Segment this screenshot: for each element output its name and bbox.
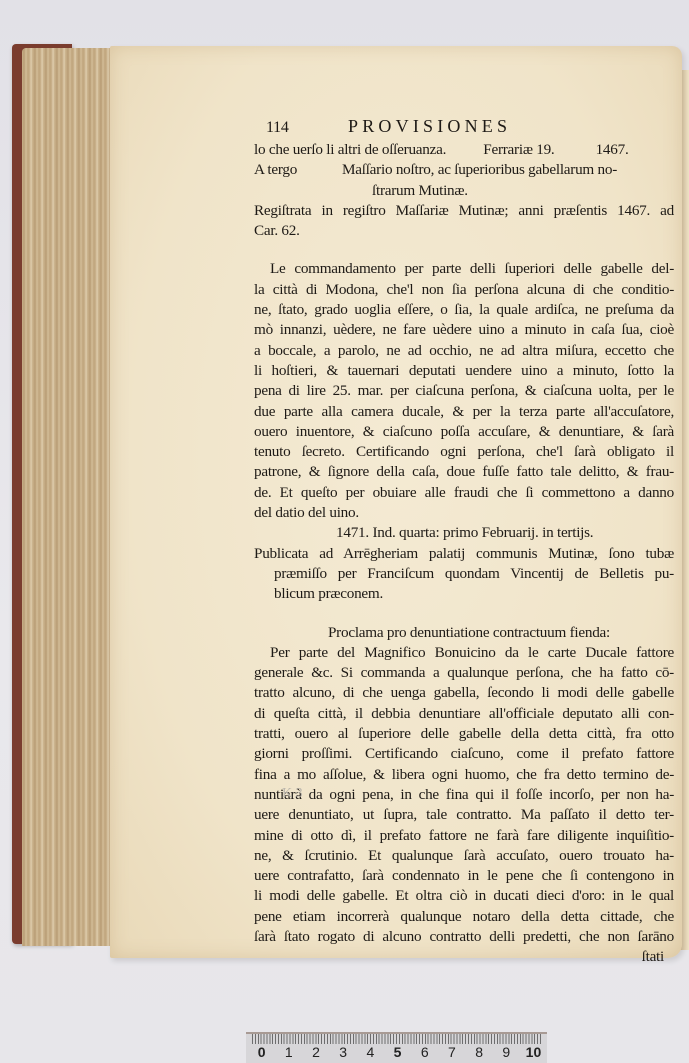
text-line: tenuto ſecreto. Certificando ogni perſon… (254, 442, 674, 462)
text-line: li hoſtieri, & tauernari deputati uender… (254, 361, 674, 381)
a-tergo-line: A tergoMaſſario noſtro, ac ſuperioribus … (254, 160, 674, 180)
spacer (254, 605, 674, 623)
text-line: Publicata ad Arrēgheriam palatij communi… (254, 544, 674, 564)
text-line: patrone, & ſignore della caſa, doue fuſſ… (254, 462, 674, 482)
text-line: uere denuntiato, ut ſupra, tale contratt… (254, 805, 674, 825)
text-line: nuntiarà da ogni pena, in che fina qui i… (254, 785, 674, 805)
ruler-label: 8 (466, 1044, 493, 1060)
text-line: ne, & ſcrutinio. Et qualunque ſarà accuſ… (254, 846, 674, 866)
ruler-label: 6 (411, 1044, 438, 1060)
text-line: præmiſſo per Franciſcum quondam Vincenti… (254, 564, 674, 584)
text-line: ſtrarum Mutinæ. (254, 181, 674, 201)
catchword: ſtati (254, 947, 674, 967)
text-line: giorni proſſimi. Certificando ciaſcuno, … (254, 744, 674, 764)
text-line: blicum præconem. (254, 584, 674, 604)
text-line: due parte alla camera ducale, & per la t… (254, 402, 674, 422)
ruler-ticks (252, 1034, 541, 1044)
text-line: li modi delle gabelle. Et oltra ciò in d… (254, 886, 674, 906)
signature-mark-showthrough: K 3 (282, 786, 303, 802)
text-line: de. Et queſto per obuiare alle fraudi ch… (254, 483, 674, 503)
line-text: lo che uerſo li altri de oſſeruanza. (254, 141, 446, 158)
text-line: tratti, ouero al ſuperiore delle gabelle… (254, 724, 674, 744)
running-title: PROVISIONES (348, 116, 511, 136)
ruler-label: 9 (493, 1044, 520, 1060)
spacer (254, 241, 674, 259)
ruler-labels: 0 1 2 3 4 5 6 7 8 9 10 (248, 1044, 547, 1060)
text-line: pena di lire 25. mar. per ciaſcuna perſo… (254, 381, 674, 401)
page-number: 114 (266, 118, 289, 138)
page-block-edge (22, 48, 114, 946)
text-line: la città di Modona, che'l non ſia perſon… (254, 280, 674, 300)
page-text: 114 PROVISIONES lo che uerſo li altri de… (254, 116, 674, 968)
text-line: tratto alcuno, di che uenga gabella, ſec… (254, 683, 674, 703)
scale-ruler: 0 1 2 3 4 5 6 7 8 9 10 (246, 1032, 547, 1063)
text-line: mine di otto dì, il prefato fattore ne f… (254, 826, 674, 846)
date-line: 1471. Ind. quarta: primo Februarij. in t… (254, 523, 674, 543)
text-line: uere contrafatto, ſarà condennato in le … (254, 866, 674, 886)
ruler-label: 0 (248, 1044, 275, 1060)
ruler-label: 1 (275, 1044, 302, 1060)
ruler-label: 7 (438, 1044, 465, 1060)
section-heading: Proclama pro denuntiatione contractuum f… (254, 623, 674, 643)
text-line: pene etiam incorrerà qualunque notaro de… (254, 907, 674, 927)
text-line: fina a mo aſſolue, & libera ogni huomo, … (254, 765, 674, 785)
ruler-label: 4 (357, 1044, 384, 1060)
ruler-label: 5 (384, 1044, 411, 1060)
text-line: Per parte del Magnifico Bonuicino da le … (254, 643, 674, 663)
text-line: Car. 62. (254, 221, 674, 241)
text-line: Regiſtrata in regiſtro Maſſariæ Mutinæ; … (254, 201, 674, 221)
text-line: ſarà ſtato rogato di alcuno contratto de… (254, 927, 674, 947)
text-line: mò innanzi, uèdere, ne fare uèdere uino … (254, 320, 674, 340)
place-date: Ferrariæ 19. (483, 141, 554, 158)
year: 1467. (596, 141, 629, 158)
text-line: generale &c. Si commanda a qualunque per… (254, 663, 674, 683)
ruler-label: 3 (330, 1044, 357, 1060)
text-line: lo che uerſo li altri de oſſeruanza. Fer… (254, 140, 674, 160)
page-header: 114 PROVISIONES (254, 116, 674, 140)
text-line: del datio del uino. (254, 503, 674, 523)
text-line: di queſta città, il debbia denuntiare al… (254, 704, 674, 724)
a-tergo-label: A tergo (254, 160, 342, 180)
text-line: ouero inuentore, & ciaſcuno poſſa accuſa… (254, 422, 674, 442)
line-text: Maſſario noſtro, ac ſuperioribus gabella… (342, 161, 617, 178)
ruler-label: 2 (302, 1044, 329, 1060)
text-line: ne, ſtato, grado uoglia eſſere, o ſia, l… (254, 300, 674, 320)
text-line: a boccale, a parolo, ne ad occhio, ne ad… (254, 341, 674, 361)
ruler-label: 10 (520, 1044, 547, 1060)
text-line: Le commandamento per parte delli ſuperio… (254, 259, 674, 279)
